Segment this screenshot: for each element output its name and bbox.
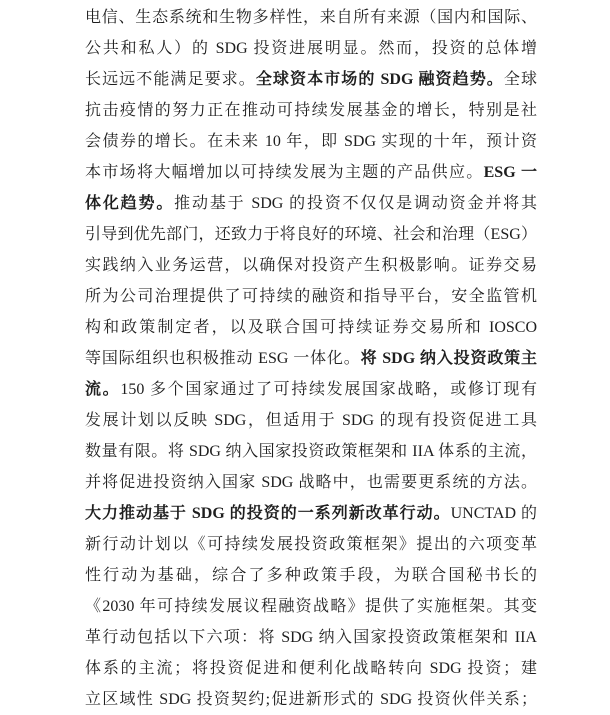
text-segment: 抗击疫情的努力正在推动可持续发展基金的增长，特别是社 [85,102,537,119]
bold-text-segment: 体化趋势。 [85,195,174,212]
text-line: 实践纳入业务运营，以确保对投资产生积极影响。证券交易 [85,250,537,281]
bold-text-segment: ESG 一 [484,164,537,181]
text-segment: 实践纳入业务运营，以确保对投资产生积极影响。证券交易 [85,257,537,274]
text-segment: 新行动计划以《可持续发展投资政策框架》提出的六项变革 [85,536,537,553]
text-line: 长远远不能满足要求。全球资本市场的 SDG 融资趋势。全球 [85,64,537,95]
text-segment: 革行动包括以下六项：将 SDG 纳入国家投资政策框架和 IIA [85,629,537,646]
text-line: 新行动计划以《可持续发展投资政策框架》提出的六项变革 [85,529,537,560]
text-segment: 引导到优先部门，还致力于将良好的环境、社会和治理（ESG） [85,226,537,243]
text-line: 构和政策制定者，以及联合国可持续证券交易所和 IOSCO [85,312,537,343]
text-line: 流。150 多个国家通过了可持续发展国家战略，或修订现有 [85,374,537,405]
text-segment: 长远远不能满足要求。 [85,71,256,88]
text-line: 抗击疫情的努力正在推动可持续发展基金的增长，特别是社 [85,95,537,126]
text-segment: 150 多个国家通过了可持续发展国家战略，或修订现有 [120,381,537,398]
text-segment: 会债券的增长。在未来 10 年，即 SDG 实现的十年，预计资 [85,133,537,150]
text-segment: 构和政策制定者，以及联合国可持续证券交易所和 IOSCO [85,319,537,336]
text-segment: 数量有限。将 SDG 纳入国家投资政策框架和 IIA 体系的主流， [85,443,537,460]
text-segment: 性行动为基础，综合了多种政策手段，为联合国秘书长的 [85,567,537,584]
text-line: 数量有限。将 SDG 纳入国家投资政策框架和 IIA 体系的主流， [85,436,537,467]
text-segment: 所为公司治理提供了可持续的融资和指导平台，安全监管机 [85,288,537,305]
text-line: 引导到优先部门，还致力于将良好的环境、社会和治理（ESG） [85,219,537,250]
text-line: 等国际组织也积极推动 ESG 一体化。将 SDG 纳入投资政策主 [85,343,537,374]
text-segment: 本市场将大幅增加以可持续发展为主题的产品供应。 [85,164,484,181]
text-line: 体化趋势。推动基于 SDG 的投资不仅仅是调动资金并将其 [85,188,537,219]
text-line: 公共和私人）的 SDG 投资进展明显。然而，投资的总体增 [85,33,537,64]
bold-text-segment: 流。 [85,381,120,398]
text-line: 体系的主流；将投资促进和便利化战略转向 SDG 投资；建 [85,653,537,684]
text-line: 大力推动基于 SDG 的投资的一系列新改革行动。UNCTAD 的 [85,498,537,529]
text-segment: 公共和私人）的 SDG 投资进展明显。然而，投资的总体增 [85,40,537,57]
text-line: 性行动为基础，综合了多种政策手段，为联合国秘书长的 [85,560,537,591]
text-segment: 发展计划以反映 SDG，但适用于 SDG 的现有投资促进工具 [85,412,537,429]
text-segment: UNCTAD 的 [451,505,537,522]
text-line: 革行动包括以下六项：将 SDG 纳入国家投资政策框架和 IIA [85,622,537,653]
text-line: 立区域性 SDG 投资契约;促进新形式的 SDG 投资伙伴关系； [85,684,537,715]
bold-text-segment: 全球资本市场的 SDG 融资趋势。 [256,71,504,88]
text-line: 《2030 年可持续发展议程融资战略》提供了实施框架。其变 [85,591,537,622]
text-line: 并将促进投资纳入国家 SDG 战略中，也需要更系统的方法。 [85,467,537,498]
document-page: 电信、生态系统和生物多样性，来自所有来源（国内和国际、公共和私人）的 SDG 投… [0,0,610,715]
text-segment: 等国际组织也积极推动 ESG 一体化。 [85,350,361,367]
text-line: 本市场将大幅增加以可持续发展为主题的产品供应。ESG 一 [85,157,537,188]
text-line: 电信、生态系统和生物多样性，来自所有来源（国内和国际、 [85,2,537,33]
text-segment: 全球 [504,71,537,88]
text-segment: 体系的主流；将投资促进和便利化战略转向 SDG 投资；建 [85,660,537,677]
text-segment: 《2030 年可持续发展议程融资战略》提供了实施框架。其变 [85,598,537,615]
bold-text-segment: 大力推动基于 SDG 的投资的一系列新改革行动。 [85,505,451,522]
text-segment: 立区域性 SDG 投资契约;促进新形式的 SDG 投资伙伴关系； [85,691,537,708]
document-text-block: 电信、生态系统和生物多样性，来自所有来源（国内和国际、公共和私人）的 SDG 投… [85,2,537,715]
text-line: 会债券的增长。在未来 10 年，即 SDG 实现的十年，预计资 [85,126,537,157]
bold-text-segment: 将 SDG 纳入投资政策主 [361,350,537,367]
text-line: 发展计划以反映 SDG，但适用于 SDG 的现有投资促进工具 [85,405,537,436]
text-segment: 推动基于 SDG 的投资不仅仅是调动资金并将其 [174,195,537,212]
text-segment: 电信、生态系统和生物多样性，来自所有来源（国内和国际、 [85,9,537,26]
text-line: 所为公司治理提供了可持续的融资和指导平台，安全监管机 [85,281,537,312]
text-segment: 并将促进投资纳入国家 SDG 战略中，也需要更系统的方法。 [85,474,537,491]
